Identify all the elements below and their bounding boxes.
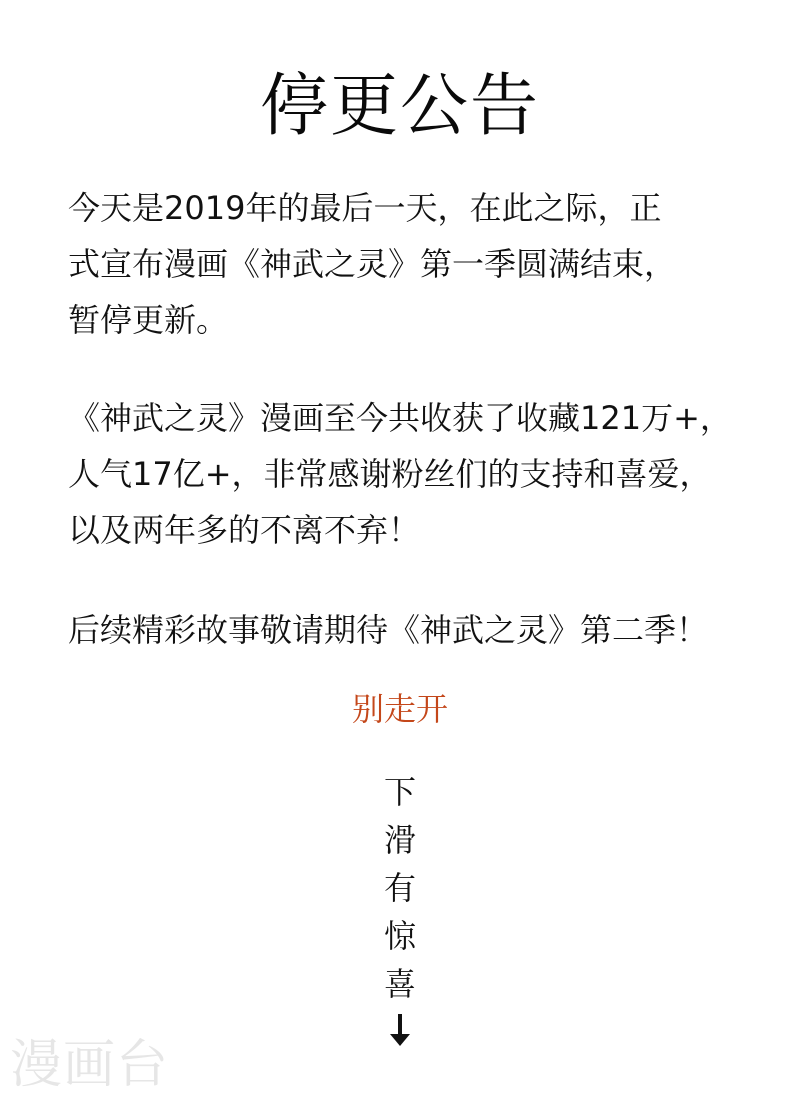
scroll-hint: 下 滑 有 惊 喜 [370,768,430,1048]
watermark-logo: 漫画台 [10,1030,169,1100]
paragraph-line: 式宣布漫画《神武之灵》第一季圆满结束， [68,236,768,292]
paragraph-line: 暂停更新。 [68,292,768,348]
paragraph-line: 以及两年多的不离不弃！ [68,502,768,558]
scroll-hint-char: 惊 [370,912,430,960]
scroll-hint-char: 有 [370,864,430,912]
arrow-down-icon [388,1012,412,1048]
paragraph-line: 人气17亿+，非常感谢粉丝们的支持和喜爱， [68,446,768,502]
paragraph-line: 后续精彩故事敬请期待《神武之灵》第二季！ [68,602,768,658]
paragraph-season-end: 今天是2019年的最后一天，在此之际，正 式宣布漫画《神武之灵》第一季圆满结束，… [68,180,768,348]
paragraph-thanks: 《神武之灵》漫画至今共收获了收藏121万+， 人气17亿+，非常感谢粉丝们的支持… [68,390,768,558]
paragraph-line: 今天是2019年的最后一天，在此之际，正 [68,180,768,236]
scroll-hint-char: 喜 [370,960,430,1008]
scroll-hint-char: 下 [370,768,430,816]
scroll-hint-char: 滑 [370,816,430,864]
paragraph-line: 《神武之灵》漫画至今共收获了收藏121万+， [68,390,768,446]
paragraph-next-season: 后续精彩故事敬请期待《神武之灵》第二季！ [68,602,768,658]
dont-leave-highlight: 别走开 [0,686,800,732]
notice-title: 停更公告 [0,62,800,152]
